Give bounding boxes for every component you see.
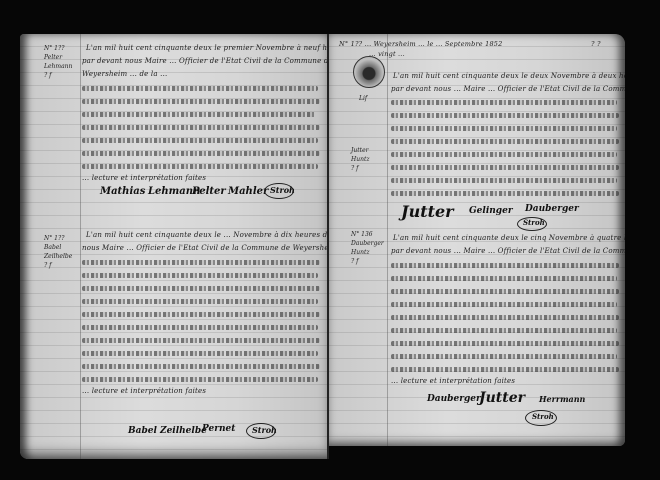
officer-signature: Stroh xyxy=(523,218,545,227)
signature: Pelter xyxy=(192,186,226,197)
signature: Dauberger xyxy=(525,204,579,214)
handwritten-line xyxy=(391,165,619,170)
handwritten-line xyxy=(82,364,320,369)
entry-3-opening-text: L'an mil huit cent cinquante deux le deu… xyxy=(393,70,625,83)
handwritten-line xyxy=(391,100,617,105)
handwritten-line xyxy=(391,152,617,157)
handwritten-line xyxy=(82,338,320,343)
handwritten-line xyxy=(391,191,619,196)
margin-rule xyxy=(387,34,388,446)
signature: Mahler xyxy=(228,186,268,197)
handwritten-line xyxy=(391,315,619,320)
entry-1-line-3: Weyersheim ... de la ... xyxy=(82,68,167,81)
entry-1-opening-text: L'an mil huit cent cinquante deux le pre… xyxy=(86,42,328,55)
handwritten-line xyxy=(82,138,318,143)
margin-note-entry-4: N° 136 Dauberger Huntz ? f xyxy=(351,230,384,266)
handwritten-line xyxy=(82,351,318,356)
officer-signature: Stroh xyxy=(532,412,554,421)
margin-note-entry-3: Jutter Huntz ? f xyxy=(351,146,370,173)
handwritten-line xyxy=(391,113,619,118)
margin-rule xyxy=(80,34,81,459)
handwritten-line xyxy=(391,328,617,333)
handwritten-line xyxy=(82,312,320,317)
margin-note-entry-1: N° 1?? Pelter Lehmann ? f xyxy=(44,44,72,80)
handwritten-line xyxy=(391,354,617,359)
signature: Jutter xyxy=(401,202,454,221)
page-number: ? ? xyxy=(591,38,601,51)
entry-4-opening-text: L'an mil huit cent cinquante deux le cin… xyxy=(393,232,625,245)
seal-label: Lif xyxy=(359,94,367,103)
handwritten-line xyxy=(82,260,320,265)
handwritten-line xyxy=(391,178,617,183)
entry-1-closing-text: ... lecture et interprétation faites xyxy=(82,172,206,185)
signature: Babel xyxy=(128,426,157,436)
entry-1-line-2: par devant nous Maire ... Officier de l'… xyxy=(82,55,328,68)
officer-signature: Stroh xyxy=(252,425,277,435)
handwritten-line xyxy=(82,377,318,382)
handwritten-line xyxy=(82,299,318,304)
entry-2-line-2: nous Maire ... Officier de l'Etat Civil … xyxy=(82,242,328,255)
officer-signature: Stroh xyxy=(270,185,295,195)
handwritten-line xyxy=(391,367,619,372)
margin-note-entry-2: N° 1?? Babel Zeilhelbe ? f xyxy=(44,234,72,270)
register-stamp-icon xyxy=(353,56,385,88)
signature: Zeilhelbe xyxy=(160,426,207,436)
handwritten-line xyxy=(82,286,320,291)
entry-2-opening-text: L'an mil huit cent cinquante deux le ...… xyxy=(86,229,328,242)
handwritten-line xyxy=(391,263,619,268)
handwritten-line xyxy=(391,126,617,131)
handwritten-line xyxy=(82,325,318,330)
right-page: N° 1?? ... Weyersheim ... le ... Septemb… xyxy=(329,34,625,446)
handwritten-line xyxy=(391,276,617,281)
handwritten-line xyxy=(391,289,619,294)
entry-2-closing-text: ... lecture et interprétation faites xyxy=(82,385,206,398)
handwritten-line xyxy=(82,112,316,117)
signature: Dauberger xyxy=(427,394,481,404)
handwritten-line xyxy=(82,164,318,169)
handwritten-line xyxy=(82,86,318,91)
signature: Pernet xyxy=(202,424,235,434)
entry-4-closing-text: ... lecture et interprétation faites xyxy=(391,375,515,388)
page-header-line-1: N° 1?? ... Weyersheim ... le ... Septemb… xyxy=(339,38,502,51)
entry-3-line-2: par devant nous ... Maire ... Officier d… xyxy=(391,83,625,96)
handwritten-line xyxy=(82,273,318,278)
handwritten-line xyxy=(82,151,320,156)
left-page: N° 1?? Pelter Lehmann ? f L'an mil huit … xyxy=(20,34,328,459)
handwritten-line xyxy=(391,302,617,307)
handwritten-line xyxy=(391,341,619,346)
handwritten-line xyxy=(82,125,320,130)
signature: Herrmann xyxy=(539,394,585,404)
handwritten-line xyxy=(391,139,619,144)
entry-4-line-2: par devant nous ... Maire ... Officier d… xyxy=(391,245,625,258)
handwritten-line xyxy=(82,99,320,104)
signature: Mathias xyxy=(100,186,145,197)
signature: Gelinger xyxy=(469,206,513,216)
signature: Jutter xyxy=(479,390,525,406)
